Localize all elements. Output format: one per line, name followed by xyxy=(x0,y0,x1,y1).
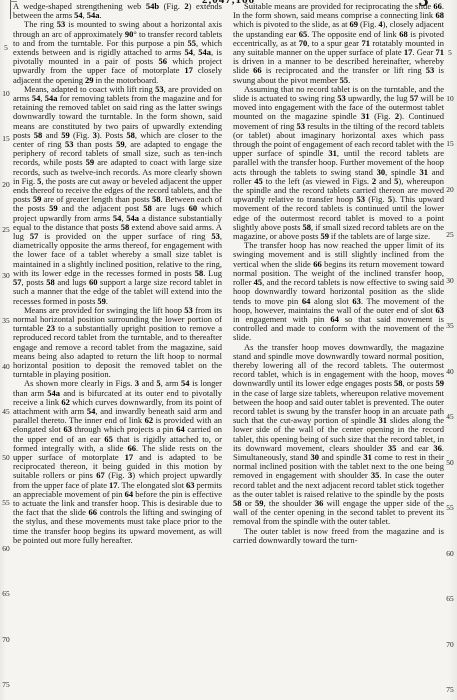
line-number: 25 xyxy=(443,231,457,239)
line-number: 15 xyxy=(0,135,12,143)
line-number: 65 xyxy=(443,595,457,603)
line-number: 55 xyxy=(0,499,12,507)
line-number: 20 xyxy=(443,186,457,194)
paragraph: Means are provided for swinging the lift… xyxy=(13,306,222,380)
right-column: Suitable means are provided for reciproc… xyxy=(233,2,444,545)
line-number: 50 xyxy=(0,454,12,462)
line-number: 70 xyxy=(443,641,457,649)
line-number: 40 xyxy=(443,368,457,376)
left-column: A wedge-shaped strengthening web 54b (Fi… xyxy=(13,2,222,545)
paragraph: The transfer hoop has now reached the up… xyxy=(233,241,444,342)
line-number: 55 xyxy=(443,504,457,512)
line-number: 35 xyxy=(0,317,12,325)
line-number: 65 xyxy=(0,590,12,598)
line-number: 70 xyxy=(0,636,12,644)
line-number: 5 xyxy=(0,44,12,52)
line-number: 45 xyxy=(0,408,12,416)
patent-page: 2,047,166 3 A wedge-shaped strengthening… xyxy=(0,0,457,700)
line-number: 75 xyxy=(443,686,457,694)
paragraph: Suitable means are provided for reciproc… xyxy=(233,2,444,85)
left-line-numbers: 51015202530354045505560657075 xyxy=(0,0,12,700)
line-number: 45 xyxy=(443,413,457,421)
line-number: 30 xyxy=(0,272,12,280)
paragraph: The ring 53 is mounted to swing about a … xyxy=(13,20,222,84)
line-number: 10 xyxy=(443,95,457,103)
line-number: 60 xyxy=(0,545,12,553)
line-number: 10 xyxy=(0,90,12,98)
line-number: 15 xyxy=(443,140,457,148)
line-number: 50 xyxy=(443,459,457,467)
line-number: 75 xyxy=(0,681,12,689)
paragraph: As shown more clearly in Figs. 3 and 5, … xyxy=(13,379,222,545)
line-number: 30 xyxy=(443,277,457,285)
line-number: 60 xyxy=(443,550,457,558)
right-line-numbers: 51015202530354045505560657075 xyxy=(443,0,457,700)
paragraph: The outer tablet is now freed from the m… xyxy=(233,527,444,545)
line-number: 25 xyxy=(0,226,12,234)
paragraph: Means, adapted to coact with lift ring 5… xyxy=(13,85,222,306)
paragraph: Assuming that no record tablet is on the… xyxy=(233,85,444,241)
paragraph: A wedge-shaped strengthening web 54b (Fi… xyxy=(13,2,222,20)
paragraph: As the transfer hoop moves downwardly, t… xyxy=(233,343,444,527)
line-number: 40 xyxy=(0,363,12,371)
line-number: 35 xyxy=(443,322,457,330)
line-number: 20 xyxy=(0,181,12,189)
line-number: 5 xyxy=(443,49,457,57)
